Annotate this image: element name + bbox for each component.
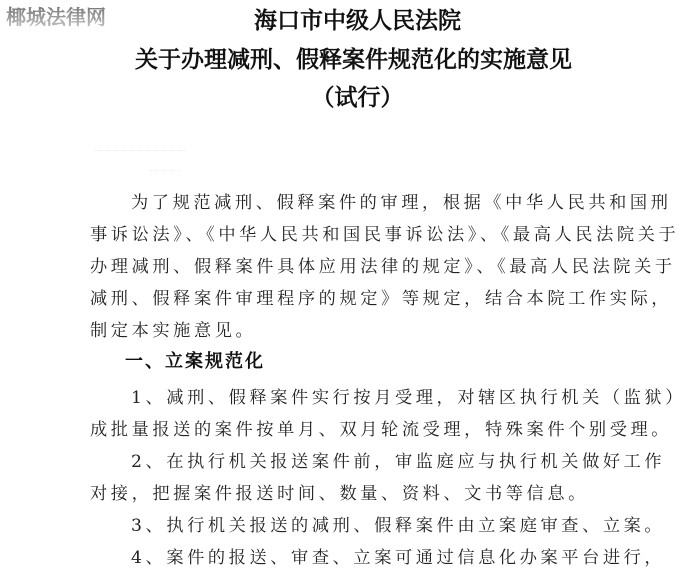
- paragraph-line: 办理减刑、假释案件具体应用法律的规定》、《最高人民法院关于: [90, 256, 610, 278]
- item-line: 1、减刑、假释案件实行按月受理，对辖区执行机关（监狱）: [131, 387, 651, 409]
- document-title-trial-note: （试行）: [8, 84, 699, 112]
- document-title-subject: 关于办理减刑、假释案件规范化的实施意见: [4, 46, 699, 74]
- item-line: 对接，把握案件报送时间、数量、资料、文书等信息。: [90, 483, 610, 505]
- document-title-court: 海口市中级人民法院: [8, 7, 699, 35]
- paragraph-line: 为了规范减刑、假释案件的审理，根据《中华人民共和国刑: [131, 192, 651, 214]
- paragraph-line: 制定本实施意见。: [90, 320, 610, 342]
- paragraph-line: 减刑、假释案件审理程序的规定》等规定，结合本院工作实际，: [90, 288, 610, 310]
- item-line: 3、执行机关报送的减刑、假释案件由立案庭审查、立案。: [131, 515, 651, 537]
- faint-scan-artifact: [150, 170, 180, 175]
- section-heading: 一、立案规范化: [125, 351, 265, 373]
- faint-scan-artifact: [95, 150, 185, 157]
- item-line: 4、案件的报送、审查、立案可通过信息化办案平台进行，: [131, 547, 651, 569]
- item-line: 成批量报送的案件按单月、双月轮流受理，特殊案件个别受理。: [90, 419, 610, 441]
- paragraph-line: 事诉讼法》、《中华人民共和国民事诉讼法》、《最高人民法院关于: [90, 224, 610, 246]
- item-line: 2、在执行机关报送案件前，审监庭应与执行机关做好工作: [131, 451, 651, 473]
